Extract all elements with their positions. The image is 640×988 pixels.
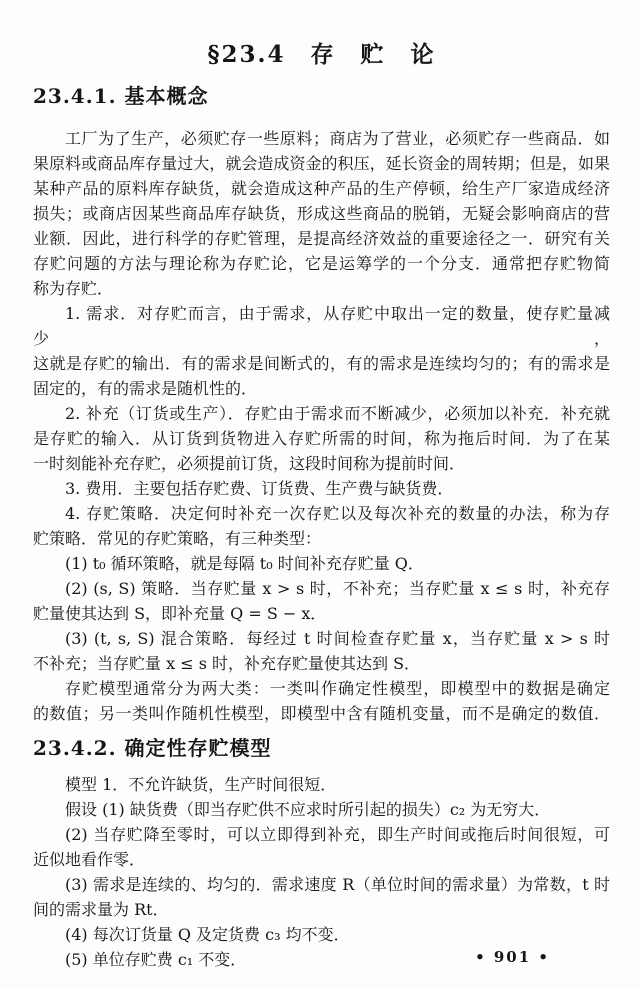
text-line: 固定的，有的需求是随机性的．: [33, 376, 610, 401]
paragraph-policy-type-2: (2) (s, S) 策略．当存贮量 x > s 时，不补充；当存贮量 x ≤ …: [33, 576, 610, 626]
text-line: (2) 当存贮降至零时，可以立即得到补充，即生产时间或拖后时间很短，可: [33, 822, 610, 847]
text-line: 间的需求量为 Rt．: [33, 897, 610, 922]
text-line: 果原料或商品库存量过大，就会造成资金的积压，延长资金的周转期；但是，如果: [33, 151, 610, 176]
paragraph-model-1: 模型 1．不允许缺货，生产时间很短．: [33, 772, 610, 797]
text-line: 称为存贮．: [33, 276, 610, 301]
text-line: 的数值；另一类叫作随机性模型，即模型中含有随机变量，而不是确定的数值．: [33, 701, 610, 726]
text-line: 不补充；当存贮量 x ≤ s 时，补充存贮量使其达到 S．: [33, 651, 610, 676]
paragraph-model-classes: 存贮模型通常分为两大类：一类叫作确定性模型，即模型中的数据是确定 的数值；另一类…: [33, 676, 610, 726]
paragraph-policy-type-3: (3) (t, s, S) 混合策略．每经过 t 时间检查存贮量 x，当存贮量 …: [33, 626, 610, 676]
text-line: 4. 存贮策略．决定何时补充一次存贮以及每次补充的数量的办法，称为存: [33, 501, 610, 526]
paragraph-demand: 1. 需求．对存贮而言，由于需求，从存贮中取出一定的数量，使存贮量减少， 这就是…: [33, 301, 610, 401]
paragraph-assumption-2: (2) 当存贮降至零时，可以立即得到补充，即生产时间或拖后时间很短，可 近似地看…: [33, 822, 610, 872]
chapter-title: §23.4 存 贮 论: [33, 40, 610, 70]
text-line: 1. 需求．对存贮而言，由于需求，从存贮中取出一定的数量，使存贮量减少，: [33, 301, 610, 351]
text-line: 业额．因此，进行科学的存贮管理，是提高经济效益的重要途径之一．研究有关: [33, 226, 610, 251]
scanned-book-page: §23.4 存 贮 论 23.4.1. 基本概念 工厂为了生产，必须贮存一些原料…: [0, 0, 640, 988]
paragraph-assumption-4: (4) 每次订货量 Q 及定货费 c₃ 均不变．: [33, 922, 610, 947]
section-heading-23-4-2: 23.4.2. 确定性存贮模型: [33, 736, 610, 760]
text-line: (3) 需求是连续的、均匀的．需求速度 R（单位时间的需求量）为常数，t 时: [33, 872, 610, 897]
text-line: 一时刻能补充存贮，必须提前订货，这段时间称为提前时间．: [33, 451, 610, 476]
paragraph-assumption-3: (3) 需求是连续的、均匀的．需求速度 R（单位时间的需求量）为常数，t 时 间…: [33, 872, 610, 922]
paragraph-policy-type-1: (1) t₀ 循环策略，就是每隔 t₀ 时间补充存贮量 Q．: [33, 551, 610, 576]
text-line: 存贮问题的方法与理论称为存贮论，它是运筹学的一个分支．通常把存贮物简: [33, 251, 610, 276]
text-line: 假设 (1) 缺货费（即当存贮供不应求时所引起的损失）c₂ 为无穷大．: [33, 797, 610, 822]
paragraph-replenish: 2. 补充（订货或生产）．存贮由于需求而不断减少，必须加以补充．补充就 是存贮的…: [33, 401, 610, 476]
text-line: 模型 1．不允许缺货，生产时间很短．: [33, 772, 610, 797]
text-line: 贮量使其达到 S，即补充量 Q = S − x．: [33, 601, 610, 626]
text-line: 近似地看作零．: [33, 847, 610, 872]
text-line: 某种产品的原料库存缺货，就会造成这种产品的生产停顿，给生产厂家造成经济: [33, 176, 610, 201]
text-line: 贮策略．常见的存贮策略，有三种类型：: [33, 526, 610, 551]
text-line: (4) 每次订货量 Q 及定货费 c₃ 均不变．: [33, 922, 610, 947]
text-line: 这就是存贮的输出．有的需求是间断式的，有的需求是连续均匀的；有的需求是: [33, 351, 610, 376]
paragraph-assumption-1: 假设 (1) 缺货费（即当存贮供不应求时所引起的损失）c₂ 为无穷大．: [33, 797, 610, 822]
text-line: 2. 补充（订货或生产）．存贮由于需求而不断减少，必须加以补充．补充就: [33, 401, 610, 426]
section-heading-23-4-1: 23.4.1. 基本概念: [33, 84, 610, 108]
page-number: • 901 •: [475, 948, 550, 966]
paragraph-intro: 工厂为了生产，必须贮存一些原料；商店为了营业，必须贮存一些商品．如 果原料或商品…: [33, 126, 610, 301]
paragraph-policy: 4. 存贮策略．决定何时补充一次存贮以及每次补充的数量的办法，称为存 贮策略．常…: [33, 501, 610, 551]
text-line: 损失；或商店因某些商品库存缺货，形成这些商品的脱销，无疑会影响商店的营: [33, 201, 610, 226]
text-line: 3. 费用．主要包括存贮费、订货费、生产费与缺货费．: [33, 476, 610, 501]
text-line: (1) t₀ 循环策略，就是每隔 t₀ 时间补充存贮量 Q．: [33, 551, 610, 576]
text-line: (3) (t, s, S) 混合策略．每经过 t 时间检查存贮量 x，当存贮量 …: [33, 626, 610, 651]
text-line: (2) (s, S) 策略．当存贮量 x > s 时，不补充；当存贮量 x ≤ …: [33, 576, 610, 601]
paragraph-cost: 3. 费用．主要包括存贮费、订货费、生产费与缺货费．: [33, 476, 610, 501]
text-line: 存贮模型通常分为两大类：一类叫作确定性模型，即模型中的数据是确定: [33, 676, 610, 701]
text-line: 是存贮的输入．从订货到货物进入存贮所需的时间，称为拖后时间．为了在某: [33, 426, 610, 451]
text-line: 工厂为了生产，必须贮存一些原料；商店为了营业，必须贮存一些商品．如: [33, 126, 610, 151]
